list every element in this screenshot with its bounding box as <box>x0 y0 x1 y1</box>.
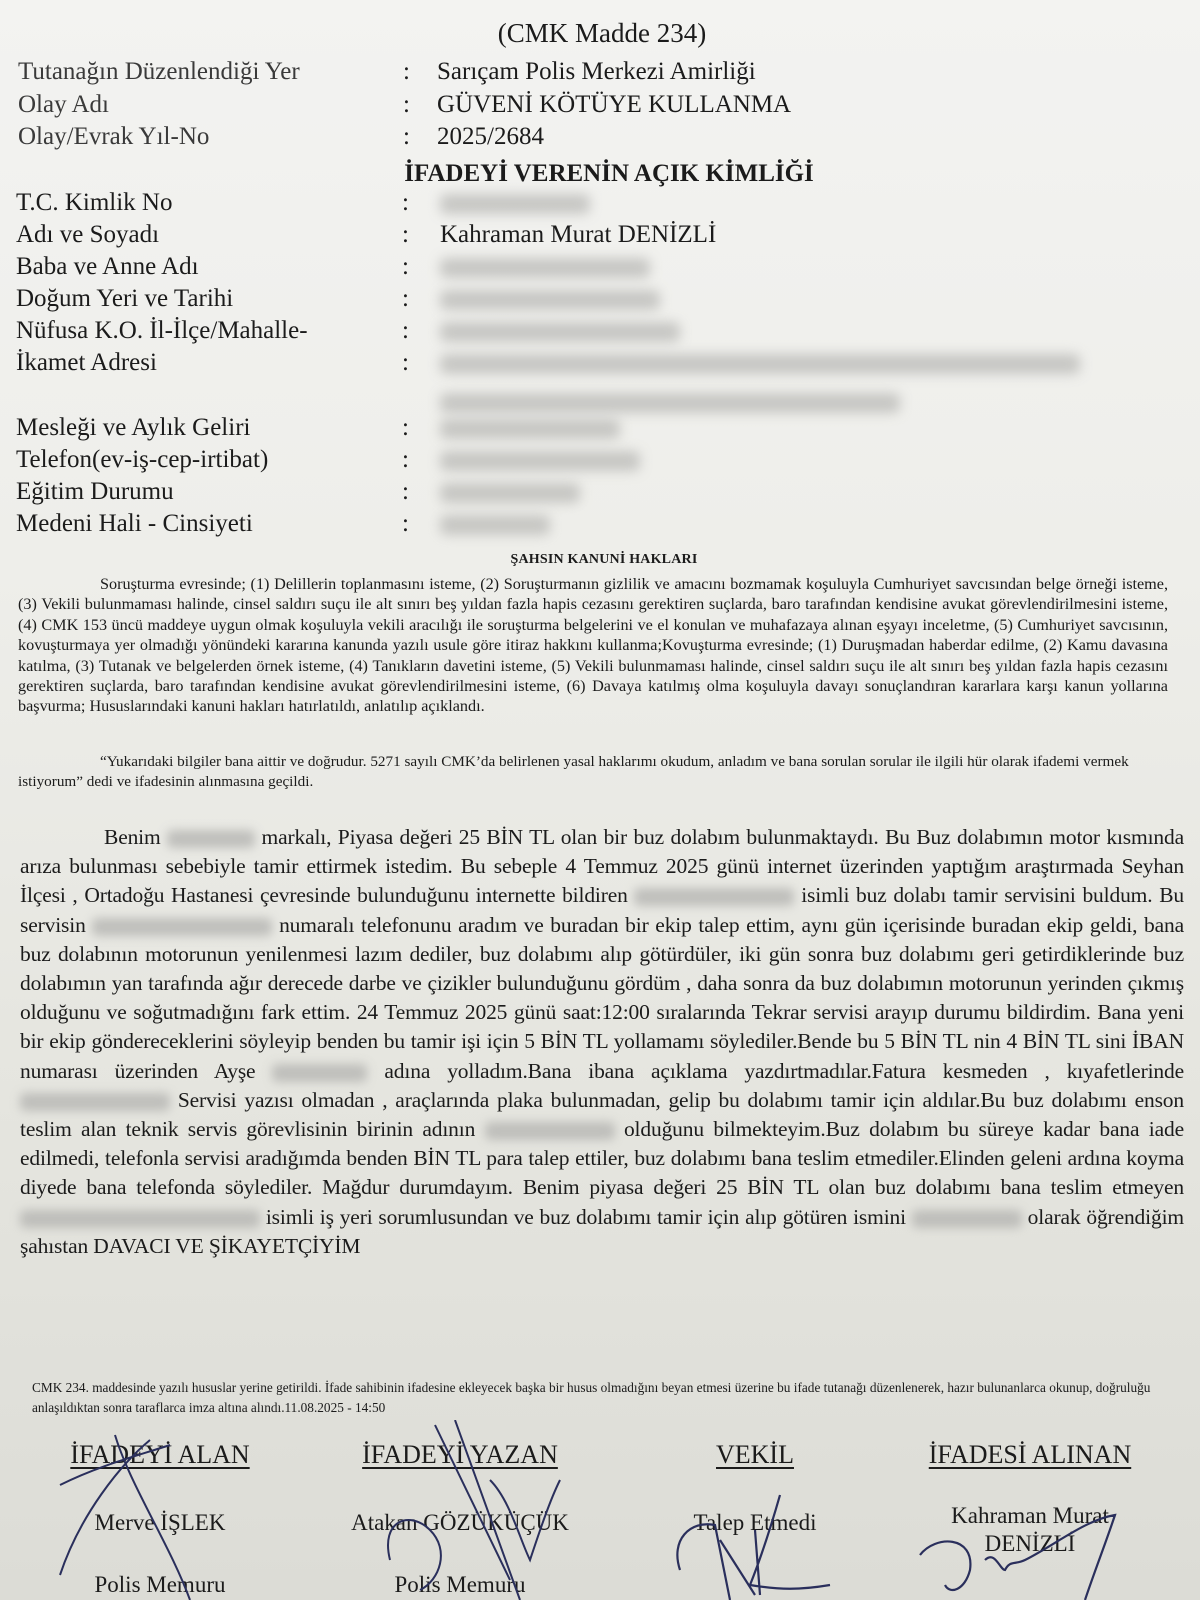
signature-name: Talep Etmedi <box>655 1510 855 1536</box>
identity-section-title: İFADEYİ VERENİN AÇIK KİMLİĞİ <box>0 160 1200 188</box>
signature-name: Kahraman Murat DENİZLİ <box>940 1502 1120 1558</box>
acknowledgement-paragraph: “Yukarıdaki bilgiler bana aittir ve doğr… <box>18 752 1168 792</box>
field-label: Olay/Evrak Yıl-No <box>18 121 403 153</box>
redacted-value <box>428 476 1186 508</box>
redaction-blur <box>92 918 272 936</box>
redaction-blur <box>440 451 640 471</box>
identity-separator: : <box>402 219 428 251</box>
identity-row: İkamet Adresi: <box>16 347 1186 413</box>
identity-row: Telefon(ev-iş-cep-irtibat): <box>16 444 1186 476</box>
identity-separator: : <box>402 251 428 283</box>
field-evrak-no: Olay/Evrak Yıl-No : 2025/2684 <box>18 121 1178 153</box>
redacted-value <box>428 508 1186 540</box>
statement-body: Benim markalı, Piyasa değeri 25 BİN TL o… <box>20 823 1184 1261</box>
identity-label: Telefon(ev-iş-cep-irtibat) <box>16 444 402 476</box>
redacted-value <box>428 187 1186 219</box>
redaction-blur <box>440 483 580 503</box>
identity-separator: : <box>402 412 428 444</box>
statement-text: adına yolladım.Bana ibana açıklama yazdı… <box>367 1059 1184 1083</box>
signature-title: Polis Memuru <box>60 1572 260 1598</box>
identity-separator: : <box>402 315 428 347</box>
identity-label: Baba ve Anne Adı <box>16 251 402 283</box>
identity-label: T.C. Kimlik No <box>16 187 402 219</box>
redaction-blur <box>912 1210 1022 1228</box>
redaction-blur <box>440 258 650 278</box>
redaction-blur <box>272 1064 367 1082</box>
identity-label: Medeni Hali - Cinsiyeti <box>16 508 402 540</box>
identity-separator: : <box>402 508 428 540</box>
signature-role: İFADEYİ YAZAN <box>310 1440 610 1470</box>
closing-note: CMK 234. maddesinde yazılı hususlar yeri… <box>32 1378 1182 1418</box>
statement-text: Benim <box>104 825 167 849</box>
redaction-blur <box>634 888 794 906</box>
field-separator: : <box>403 121 437 153</box>
redacted-value <box>428 412 1186 444</box>
identity-row: Medeni Hali - Cinsiyeti: <box>16 508 1186 540</box>
identity-row: Adı ve Soyadı:Kahraman Murat DENİZLİ <box>16 219 1186 251</box>
redaction-blur <box>440 419 620 439</box>
field-value: Sarıçam Polis Merkezi Amirliği <box>437 56 1178 88</box>
identity-row: Doğum Yeri ve Tarihi: <box>16 283 1186 315</box>
redaction-blur <box>20 1210 260 1228</box>
field-olay-adi: Olay Adı : GÜVENİ KÖTÜYE KULLANMA <box>18 89 1178 121</box>
identity-separator: : <box>402 347 428 413</box>
redaction-blur <box>440 322 680 342</box>
field-label: Olay Adı <box>18 89 403 121</box>
field-value: GÜVENİ KÖTÜYE KULLANMA <box>437 89 1178 121</box>
redaction-blur <box>440 393 900 413</box>
rights-paragraph: Soruşturma evresinde; (1) Delillerin top… <box>18 574 1168 717</box>
signature-block-ifadeyi-yazan: İFADEYİ YAZAN Atakan GÖZÜKÜÇÜK Polis Mem… <box>310 1440 610 1598</box>
redacted-value <box>428 347 1186 413</box>
identity-row: Baba ve Anne Adı: <box>16 251 1186 283</box>
statement-text: isimli iş yeri sorumlusundan ve buz dola… <box>260 1205 912 1229</box>
redacted-value <box>428 283 1186 315</box>
document-title: (CMK Madde 234) <box>0 18 1200 49</box>
identity-row: Nüfusa K.O. İl-İlçe/Mahalle-: <box>16 315 1186 347</box>
redacted-value <box>428 315 1186 347</box>
redaction-blur <box>440 290 660 310</box>
signature-role: İFADEYİ ALAN <box>60 1440 260 1470</box>
identity-label: İkamet Adresi <box>16 347 402 413</box>
rights-text: Soruşturma evresinde; (1) Delillerin top… <box>18 575 1168 715</box>
signature-title: Polis Memuru <box>310 1572 610 1598</box>
signature-block-vekil: VEKİL Talep Etmedi <box>655 1440 855 1536</box>
redaction-blur <box>440 194 590 214</box>
identity-label: Nüfusa K.O. İl-İlçe/Mahalle- <box>16 315 402 347</box>
field-label: Tutanağın Düzenlendiği Yer <box>18 56 403 88</box>
redacted-value <box>428 251 1186 283</box>
signature-role: VEKİL <box>655 1440 855 1470</box>
identity-separator: : <box>402 444 428 476</box>
identity-label: Mesleği ve Aylık Geliri <box>16 412 402 444</box>
identity-row: T.C. Kimlik No: <box>16 187 1186 219</box>
signature-role: İFADESİ ALINAN <box>905 1440 1155 1470</box>
field-tutanak-yeri: Tutanağın Düzenlendiği Yer : Sarıçam Pol… <box>18 56 1178 88</box>
field-separator: : <box>403 89 437 121</box>
redaction-blur <box>440 515 550 535</box>
signature-block-ifadeyi-alan: İFADEYİ ALAN Merve İŞLEK Polis Memuru <box>60 1440 260 1598</box>
acknowledgement-text: “Yukarıdaki bilgiler bana aittir ve doğr… <box>18 753 1129 790</box>
identity-row: Mesleği ve Aylık Geliri: <box>16 412 1186 444</box>
rights-section-title: ŞAHSIN KANUNİ HAKLARI <box>0 552 1200 568</box>
redaction-blur <box>167 830 255 848</box>
identity-separator: : <box>402 476 428 508</box>
statement-document: (CMK Madde 234) Tutanağın Düzenlendiği Y… <box>0 0 1200 1600</box>
identity-separator: : <box>402 187 428 219</box>
identity-row: Eğitim Durumu: <box>16 476 1186 508</box>
identity-label: Adı ve Soyadı <box>16 219 402 251</box>
redaction-blur <box>485 1122 615 1140</box>
signature-block-ifadesi-alinan: İFADESİ ALINAN Kahraman Murat DENİZLİ <box>905 1440 1155 1558</box>
redaction-blur <box>440 354 1080 374</box>
redaction-blur <box>20 1093 170 1111</box>
identity-separator: : <box>402 283 428 315</box>
identity-value: Kahraman Murat DENİZLİ <box>428 219 1186 251</box>
identity-label: Doğum Yeri ve Tarihi <box>16 283 402 315</box>
redacted-value <box>428 444 1186 476</box>
field-value: 2025/2684 <box>437 121 1178 153</box>
signature-name: Merve İŞLEK <box>60 1510 260 1536</box>
statement-text: numaralı telefonunu aradım ve buradan bi… <box>20 913 1184 1083</box>
field-separator: : <box>403 56 437 88</box>
signature-name: Atakan GÖZÜKÜÇÜK <box>310 1510 610 1536</box>
identity-label: Eğitim Durumu <box>16 476 402 508</box>
